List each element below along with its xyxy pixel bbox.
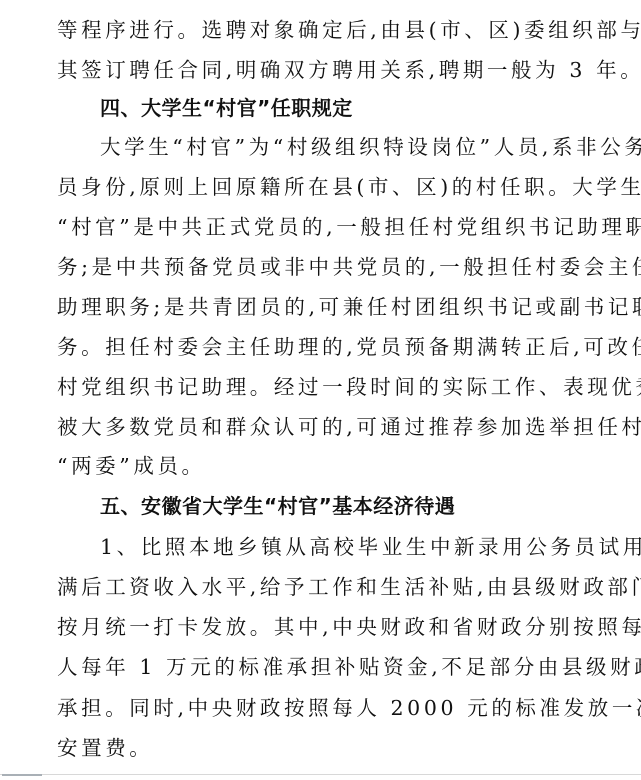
section-heading-5: 五、安徽省大学生“村官”基本经济待遇 bbox=[100, 494, 455, 518]
paragraph-line: 村党组织书记助理。经过一段时间的实际工作、表现优秀、 bbox=[57, 375, 602, 399]
paragraph-line: 等程序进行。选聘对象确定后,由县(市、区)委组织部与 bbox=[57, 18, 602, 42]
paragraph-line: 大学生“村官”为“村级组织特设岗位”人员,系非公务 bbox=[100, 135, 602, 159]
paragraph-line: 被大多数党员和群众认可的,可通过推荐参加选举担任村 bbox=[57, 415, 602, 439]
paragraph-line: “两委”成员。 bbox=[57, 454, 602, 478]
paragraph-line: 助理职务;是共青团员的,可兼任村团组织书记或副书记职 bbox=[57, 295, 602, 319]
paragraph-line: “村官”是中共正式党员的,一般担任村党组织书记助理职 bbox=[57, 215, 602, 239]
paragraph-line: 其签订聘任合同,明确双方聘用关系,聘期一般为 3 年。 bbox=[57, 58, 602, 82]
page-bottom-divider-accent bbox=[2, 774, 42, 776]
paragraph-line: 人每年 1 万元的标准承担补贴资金,不足部分由县级财政 bbox=[57, 655, 602, 679]
document-page: 等程序进行。选聘对象确定后,由县(市、区)委组织部与 其签订聘任合同,明确双方聘… bbox=[0, 0, 641, 780]
paragraph-line: 满后工资收入水平,给予工作和生活补贴,由县级财政部门 bbox=[57, 575, 602, 599]
page-bottom-divider bbox=[0, 774, 641, 775]
paragraph-line: 承担。同时,中央财政按照每人 2000 元的标准发放一次性 bbox=[57, 696, 602, 720]
section-heading-4: 四、大学生“村官”任职规定 bbox=[100, 96, 353, 120]
paragraph-line: 员身份,原则上回原籍所在县(市、区)的村任职。大学生 bbox=[57, 175, 602, 199]
paragraph-line: 务。担任村委会主任助理的,党员预备期满转正后,可改任 bbox=[57, 335, 602, 359]
paragraph-line: 务;是中共预备党员或非中共党员的,一般担任村委会主任 bbox=[57, 255, 602, 279]
paragraph-line: 按月统一打卡发放。其中,中央财政和省财政分别按照每 bbox=[57, 615, 602, 639]
paragraph-line: 安置费。 bbox=[57, 736, 602, 760]
paragraph-line: 1、比照本地乡镇从高校毕业生中新录用公务员试用期 bbox=[100, 535, 602, 559]
